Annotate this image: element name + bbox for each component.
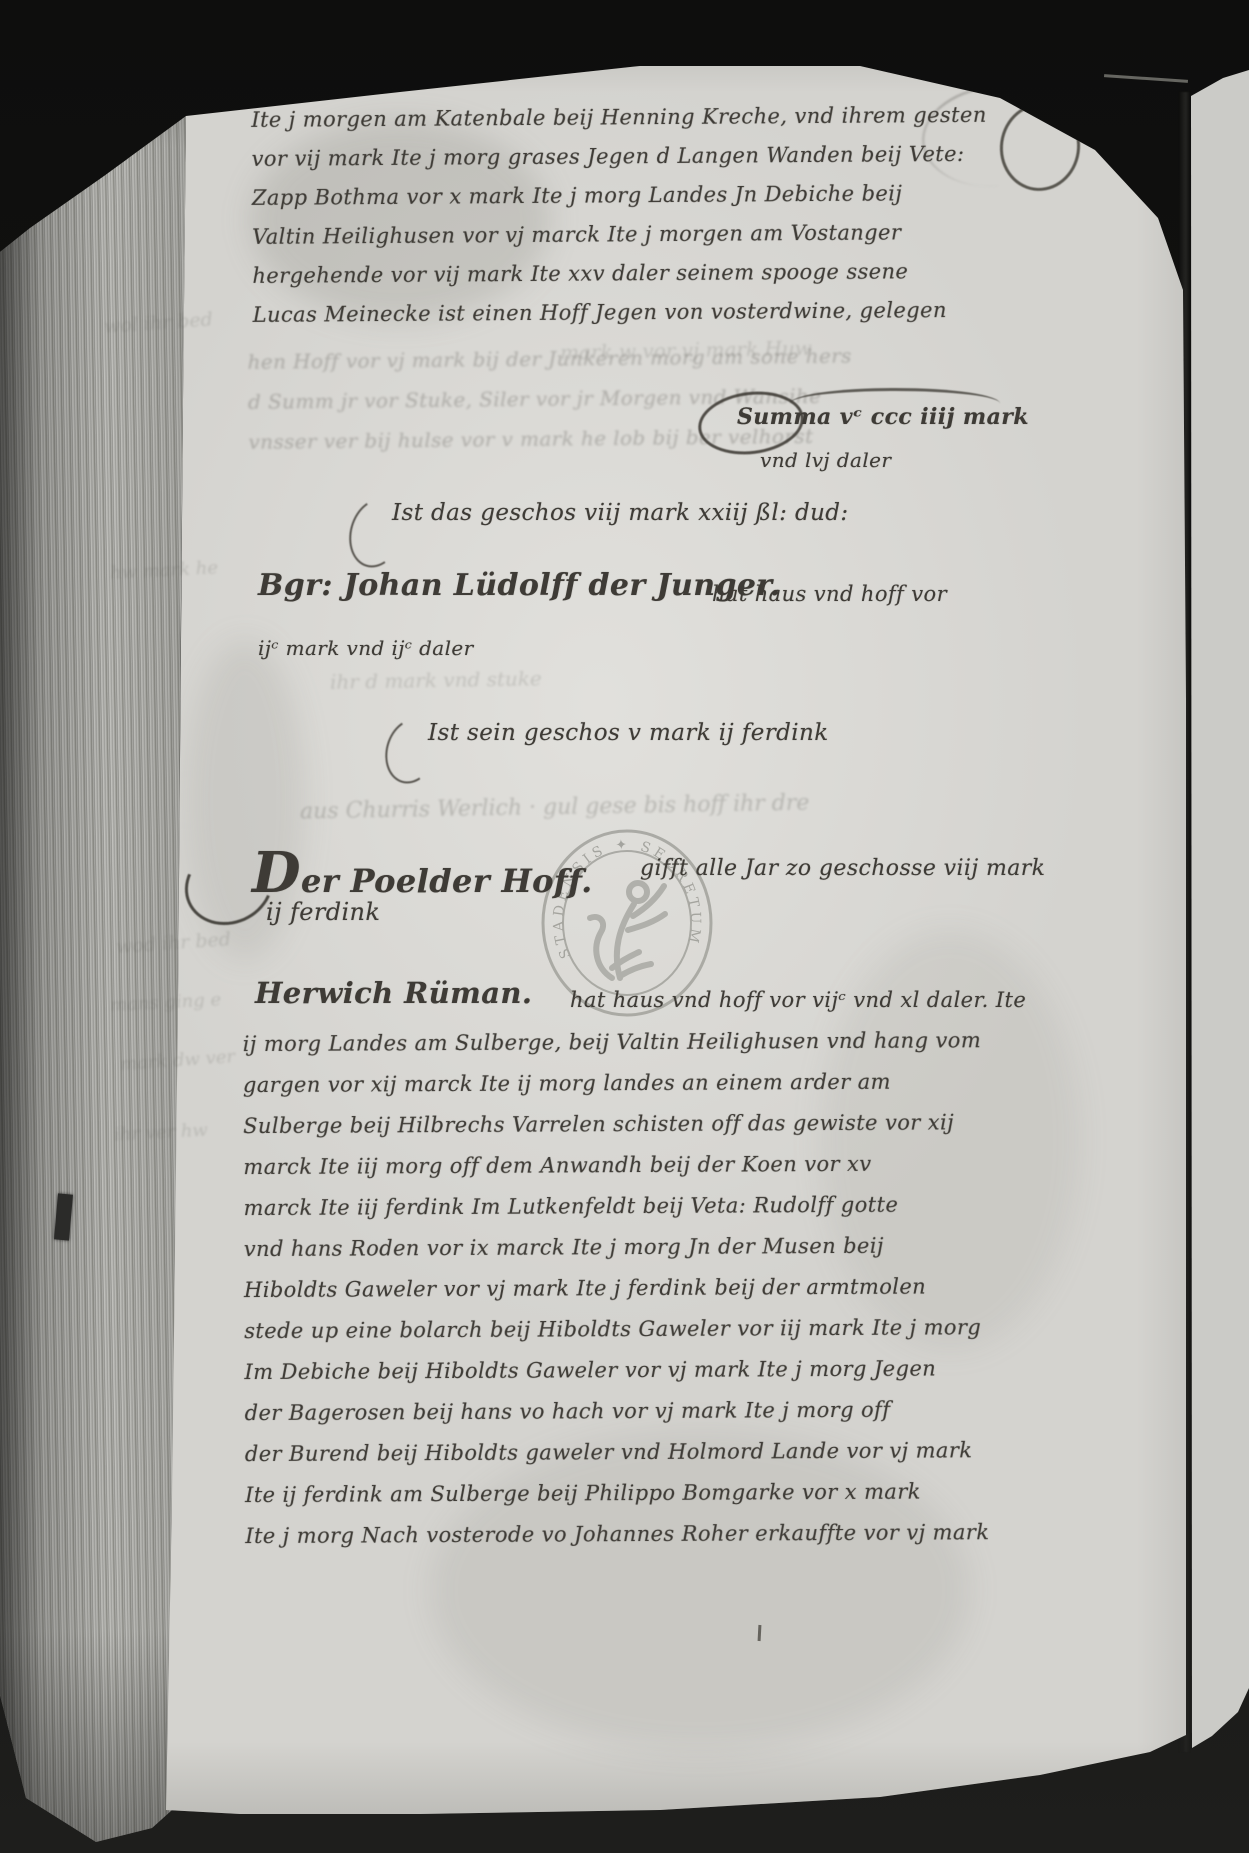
entry-1-line2: ijᶜ mark vnd ijᶜ daler	[258, 636, 474, 660]
manuscript-line: Hiboldts Gaweler vor vj mark Ite j ferdi…	[244, 1266, 1044, 1311]
manuscript-line: marck Ite iij ferdink Im Lutkenfeldt bei…	[243, 1184, 1043, 1229]
manuscript-line: Ite j morg Nach vosterode vo Johannes Ro…	[245, 1512, 1045, 1557]
manuscript-line: Ite ij ferdink am Sulberge beij Philippo…	[245, 1471, 1045, 1516]
manuscript-line: Valtin Heilighusen vor vj marck Ite j mo…	[252, 212, 1082, 257]
manuscript-line: Lucas Meinecke ist einen Hoff Jegen von …	[253, 290, 1083, 335]
manuscript-line: der Bagerosen beij hans vo hach vor vj m…	[245, 1389, 1045, 1434]
entry-1-heading: Bgr: Johan Lüdolff der Junger.	[258, 568, 781, 603]
entry-2-heading-suffix: gifft alle Jar zo geschosse viij mark	[640, 856, 1045, 881]
facing-page-edge	[1183, 0, 1249, 1853]
manuscript-line: ij morg Landes am Sulberge, beij Valtin …	[243, 1020, 1043, 1065]
summa-note-line2: vnd lvj daler	[760, 448, 891, 472]
manuscript-line: gargen vor xij marck Ite ij morg landes …	[243, 1061, 1043, 1106]
margin-ghost-fragment: ihr d mark vnd stuke	[330, 666, 542, 694]
manuscript-line: vnd hans Roden vor ix marck Ite j morg J…	[244, 1225, 1044, 1270]
geschoss-note-1: Ist das geschos viij mark xxiij ßl: dud:	[392, 500, 849, 526]
entry-1-heading-suffix: hat haus vnd hoff vor	[712, 582, 947, 606]
geschoss-note-2: Ist sein geschos v mark ij ferdink	[428, 720, 829, 746]
lion-rampant-icon	[590, 883, 665, 978]
entry-2-line2: ij ferdink	[266, 898, 380, 926]
summa-note-line1: Summa vᶜ ccc iiij mark	[737, 404, 1029, 430]
manuscript-line: hergehende vor vij mark Ite xxv daler se…	[252, 251, 1082, 296]
manuscript-line: Sulberge beij Hilbrechs Varrelen schiste…	[243, 1102, 1043, 1147]
entry-3-heading: Herwich Rüman.	[255, 976, 532, 1010]
cover-edge-line	[1104, 74, 1188, 83]
manuscript-line: marck Ite iij morg off dem Anwandh beij …	[243, 1143, 1043, 1188]
margin-ghost-fragment: mark w vor vj mark Huw	[560, 336, 812, 364]
manuscript-line: stede up eine bolarch beij Hiboldts Gawe…	[244, 1307, 1044, 1352]
manuscript-page: STADENSIS ✦ SECRETUM CI Ite j morgen am …	[0, 0, 1249, 1853]
entry-2-heading: Der Poelder Hoff.	[252, 840, 593, 906]
manuscript-line: Im Debiche beij Hiboldts Gaweler vor vj …	[244, 1348, 1044, 1393]
entry-3-text-block: ij morg Landes am Sulberge, beij Valtin …	[243, 1020, 1046, 1557]
manuscript-line: der Burend beij Hiboldts gaweler vnd Hol…	[245, 1430, 1045, 1475]
entry-3-heading-suffix: hat haus vnd hoff vor vijᶜ vnd xl daler.…	[570, 988, 1026, 1012]
manuscript-photo: STADENSIS ✦ SECRETUM CI Ite j morgen am …	[0, 0, 1249, 1853]
